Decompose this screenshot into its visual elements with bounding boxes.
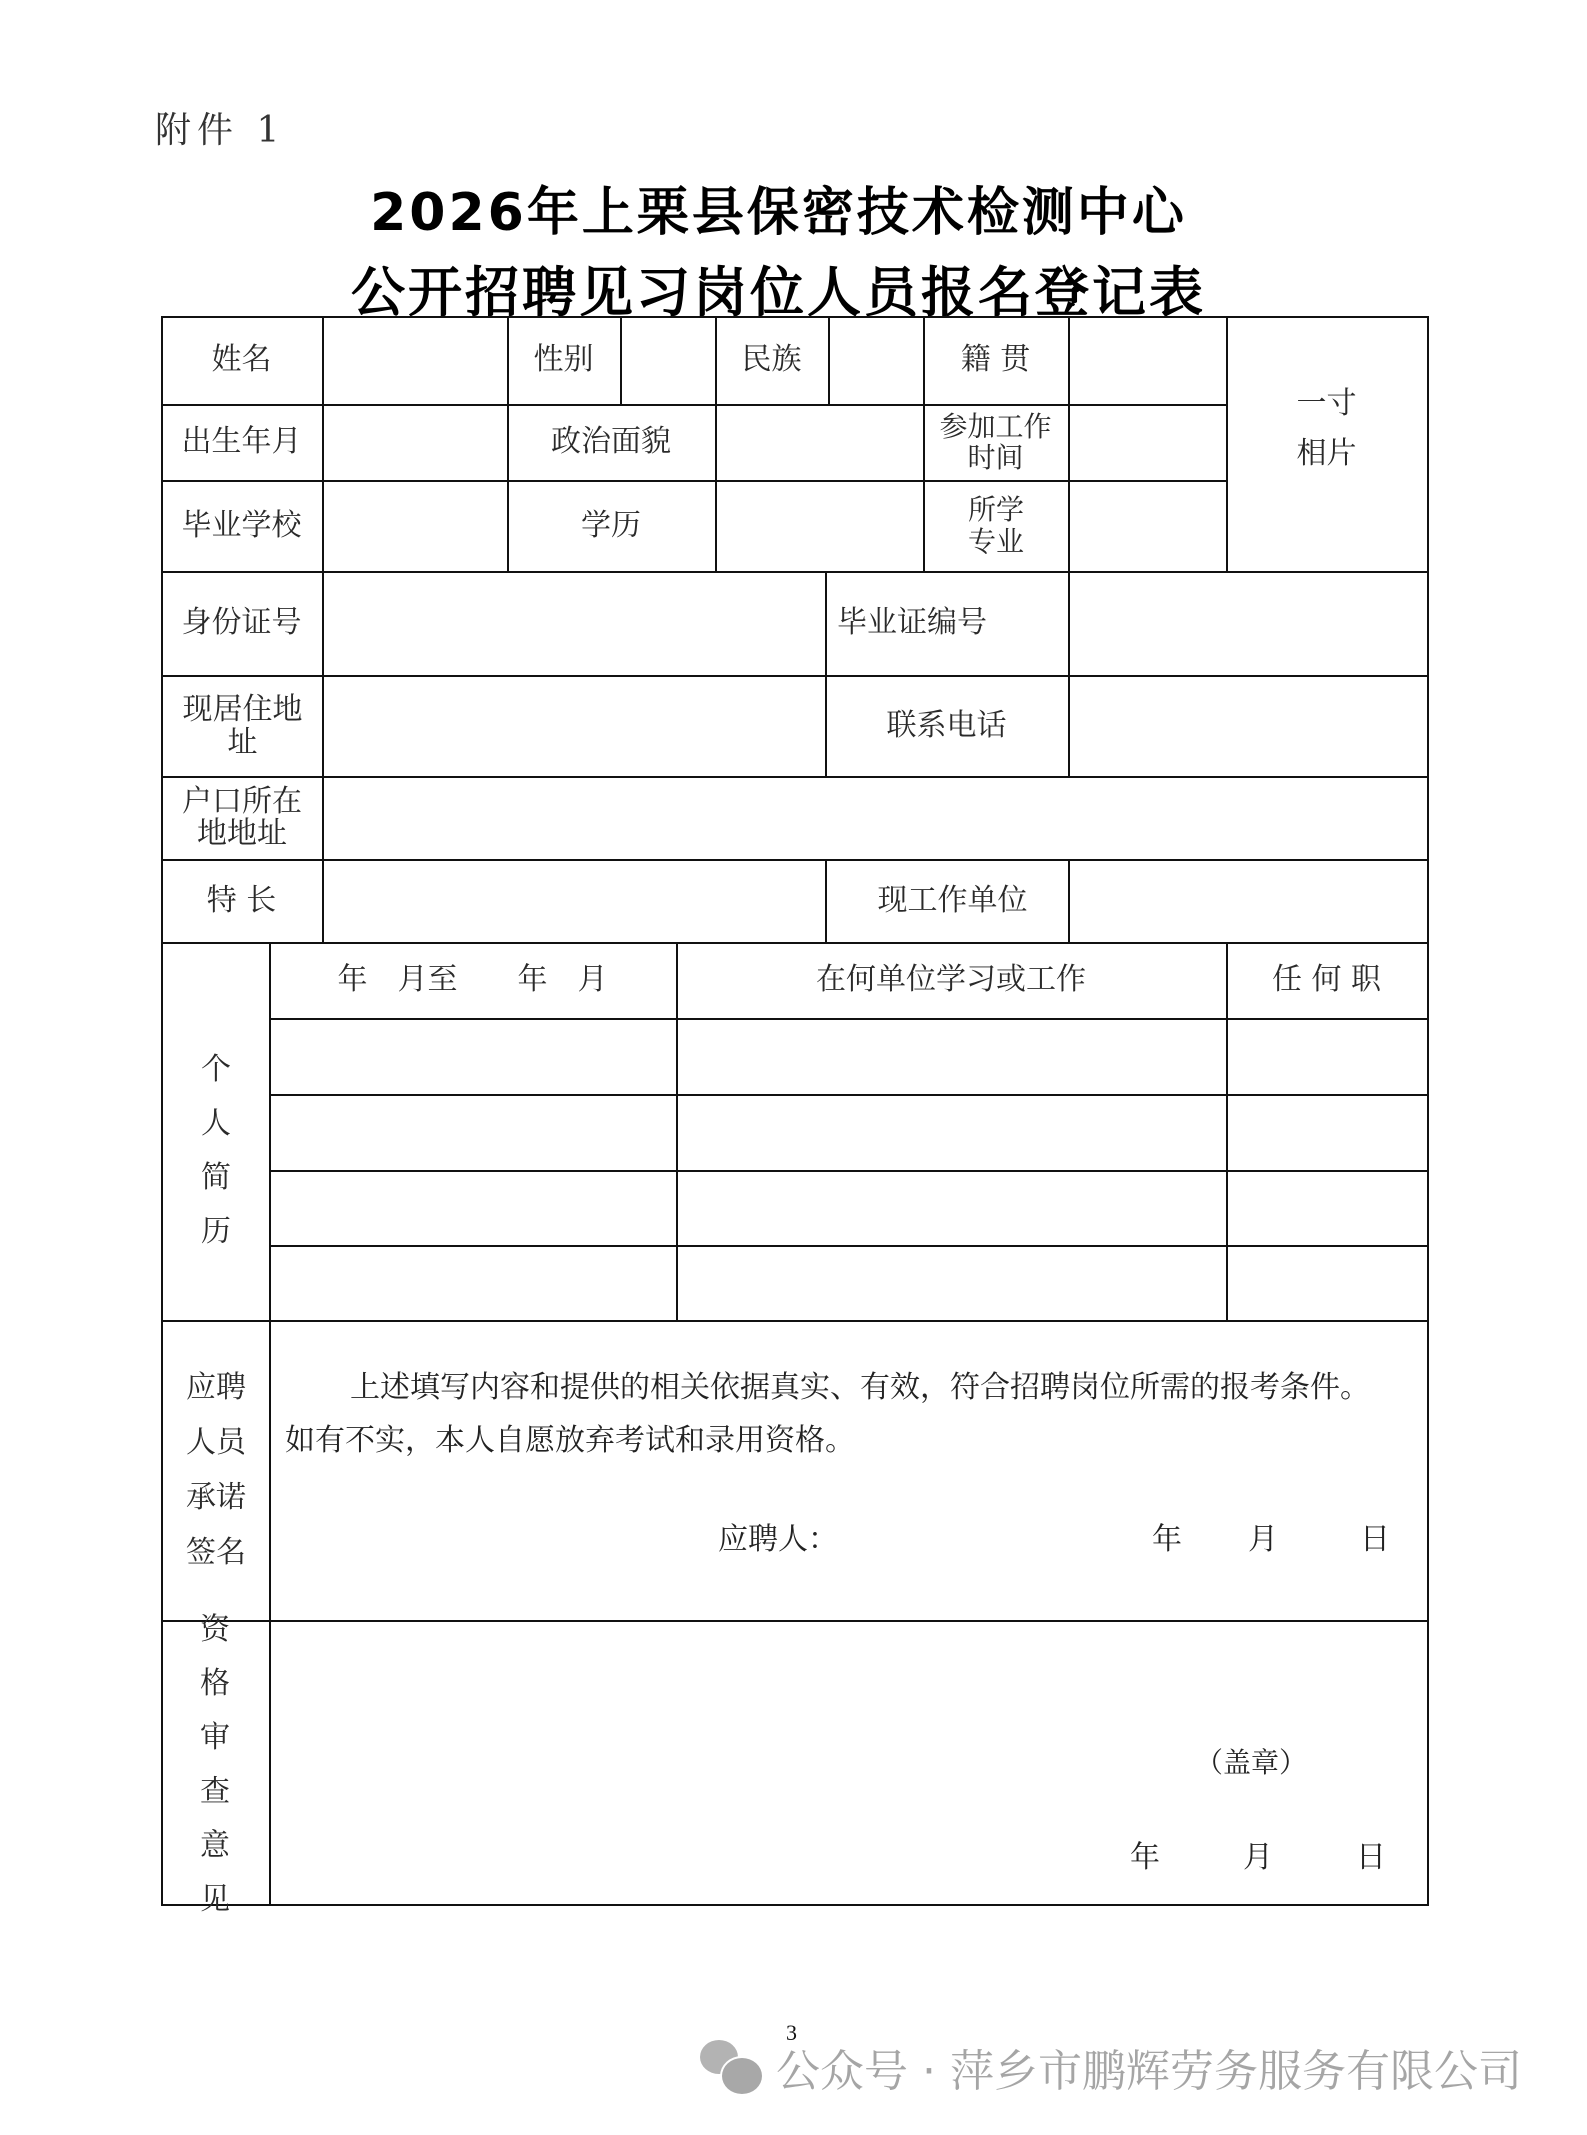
political-status-label: 政治面貌 — [507, 404, 715, 480]
pledge-text-line1: 上述填写内容和提供的相关依据真实、有效，符合招聘岗位所需的报考条件。 — [350, 1360, 1370, 1416]
row-divider — [161, 1320, 1429, 1322]
hukou-address-field[interactable] — [322, 776, 1427, 859]
gender-field[interactable] — [620, 316, 715, 404]
phone-field[interactable] — [1068, 675, 1427, 776]
current-employer-field[interactable] — [1068, 859, 1427, 942]
signer-label: 应聘人： — [718, 1512, 838, 1568]
current-address-label: 现居住地址 — [175, 675, 310, 776]
seal-label: （盖章） — [1195, 1735, 1307, 1791]
resume-period-field[interactable] — [269, 1018, 676, 1094]
watermark-text: 公众号 · 萍乡市鹏辉劳务服务有限公司 — [776, 2035, 1522, 2099]
resume-col-organization: 在何单位学习或工作 — [676, 942, 1226, 1018]
current-employer-label: 现工作单位 — [825, 859, 1080, 942]
resume-organization-field[interactable] — [676, 1018, 1226, 1094]
birth-date-label: 出生年月 — [161, 404, 322, 480]
school-label: 毕业学校 — [161, 480, 322, 571]
major-field[interactable] — [1068, 480, 1226, 571]
major-label: 所学专业 — [962, 480, 1030, 571]
id-number-label: 身份证号 — [161, 571, 322, 675]
resume-period-field[interactable] — [269, 1245, 676, 1320]
resume-organization-field[interactable] — [676, 1245, 1226, 1320]
table-border-bottom — [161, 1904, 1429, 1906]
id-number-field[interactable] — [322, 571, 825, 675]
resume-col-position: 任 何 职 — [1226, 942, 1427, 1018]
wechat-watermark: 公众号 · 萍乡市鹏辉劳务服务有限公司 — [700, 2035, 1522, 2099]
pledge-section-label: 应聘人员承诺签名 — [181, 1320, 251, 1620]
name-field[interactable] — [322, 316, 507, 404]
resume-col-period: 年 月至 年 月 — [269, 942, 676, 1018]
resume-position-field[interactable] — [1226, 1018, 1427, 1094]
photo-placeholder[interactable]: 一寸 相片 — [1226, 316, 1427, 571]
photo-label: 相片 — [1297, 437, 1357, 471]
school-field[interactable] — [322, 480, 507, 571]
signature-field[interactable] — [830, 1512, 1130, 1568]
education-field[interactable] — [715, 480, 923, 571]
attachment-label: 附件 1 — [155, 102, 285, 153]
gender-label: 性别 — [507, 316, 620, 404]
ethnicity-field[interactable] — [828, 316, 923, 404]
pledge-year-label: 年 — [1152, 1512, 1182, 1568]
photo-size-label: 一寸 — [1297, 387, 1357, 421]
name-label: 姓名 — [161, 316, 322, 404]
review-day-label: 日 — [1356, 1830, 1386, 1886]
resume-period-field[interactable] — [269, 1094, 676, 1170]
resume-organization-field[interactable] — [676, 1094, 1226, 1170]
resume-position-field[interactable] — [1226, 1094, 1427, 1170]
resume-position-field[interactable] — [1226, 1170, 1427, 1245]
review-month-label: 月 — [1243, 1830, 1273, 1886]
hukou-address-label: 户口所在地地址 — [172, 776, 312, 859]
resume-period-field[interactable] — [269, 1170, 676, 1245]
page-title-line1: 2026年上栗县保密技术检测中心 — [0, 170, 1572, 245]
native-place-field[interactable] — [1068, 316, 1226, 404]
education-label: 学历 — [507, 480, 715, 571]
table-border-right — [1427, 316, 1429, 1906]
birth-date-field[interactable] — [322, 404, 507, 480]
specialty-label: 特 长 — [161, 859, 322, 942]
review-section-label: 资格审查意见 — [172, 1680, 260, 1850]
specialty-field[interactable] — [322, 859, 825, 942]
political-status-field[interactable] — [715, 404, 923, 480]
wechat-icon — [700, 2040, 762, 2094]
resume-position-field[interactable] — [1226, 1245, 1427, 1320]
resume-organization-field[interactable] — [676, 1170, 1226, 1245]
resume-section-label: 个人简历 — [196, 942, 236, 1320]
ethnicity-label: 民族 — [715, 316, 828, 404]
work-start-date-label: 参加工作时间 — [938, 404, 1053, 480]
pledge-month-label: 月 — [1248, 1512, 1278, 1568]
work-start-date-field[interactable] — [1068, 404, 1226, 480]
pledge-text-line2: 如有不实，本人自愿放弃考试和录用资格。 — [285, 1413, 855, 1469]
current-address-field[interactable] — [322, 675, 825, 776]
review-year-label: 年 — [1130, 1830, 1160, 1886]
diploma-number-label: 毕业证编号 — [825, 571, 990, 675]
diploma-number-field[interactable] — [1068, 571, 1427, 675]
pledge-day-label: 日 — [1360, 1512, 1390, 1568]
phone-label: 联系电话 — [825, 675, 1068, 776]
native-place-label: 籍 贯 — [923, 316, 1068, 404]
